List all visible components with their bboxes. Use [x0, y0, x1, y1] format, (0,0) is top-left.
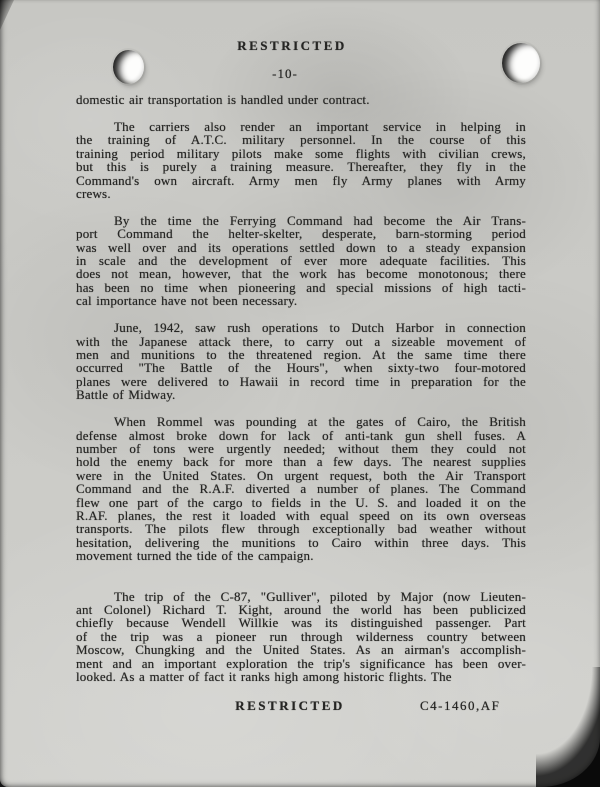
text-line: ant Colonel) Richard T. Kight, around th… — [76, 603, 526, 616]
text-line: port Command the helter-skelter, despera… — [76, 227, 526, 240]
text-line: number of tons were urgently needed; wit… — [76, 442, 526, 455]
paragraph: domestic air transportation is handled u… — [76, 93, 526, 106]
text-line: June, 1942, saw rush operations to Dutch… — [76, 321, 526, 334]
paragraph: When Rommel was pounding at the gates of… — [76, 415, 526, 562]
text-line: has been no time when pioneering and spe… — [76, 281, 526, 294]
text-line: with the Japanese attack there, to carry… — [76, 335, 526, 348]
paragraph: June, 1942, saw rush operations to Dutch… — [76, 321, 526, 401]
text-line: When Rommel was pounding at the gates of… — [76, 415, 526, 428]
text-line: was well over and its operations settled… — [76, 241, 526, 254]
text-line: domestic air transportation is handled u… — [76, 93, 526, 106]
footer-document-code: C4-1460,AF — [420, 698, 500, 714]
text-line: ment and an important exploration the tr… — [76, 657, 526, 670]
text-line: transports. The pilots flew through exce… — [76, 522, 526, 535]
text-line: of the trip was a pioneer run through wi… — [76, 630, 526, 643]
text-line: the training of A.T.C. military personne… — [76, 133, 526, 146]
scanned-page: RESTRICTED -10- domestic air transportat… — [0, 0, 600, 787]
paragraph: The carriers also render an important se… — [76, 120, 526, 200]
text-line: planes were delivered to Hawaii in recor… — [76, 375, 526, 388]
text-line: cal importance have not been necessary. — [76, 294, 526, 307]
text-body: domestic air transportation is handled u… — [76, 93, 526, 697]
text-line: Moscow, Chungking and the United States.… — [76, 643, 526, 656]
scan-edge-corner-top-left — [0, 0, 14, 30]
text-line: were in the United States. On urgent req… — [76, 469, 526, 482]
text-line: movement turned the tide of the campaign… — [76, 549, 526, 562]
paragraph: By the time the Ferrying Command had bec… — [76, 214, 526, 308]
text-line: does not mean, however, that the work ha… — [76, 267, 526, 280]
header-classification: RESTRICTED — [0, 38, 584, 54]
text-line: in scale and the development of ever mor… — [76, 254, 526, 267]
text-line: Battle of Midway. — [76, 388, 526, 401]
text-line: men and munitions to the threatened regi… — [76, 348, 526, 361]
paragraph: The trip of the C-87, "Gulliver", pilote… — [76, 590, 526, 684]
text-line: defense almost broke down for lack of an… — [76, 429, 526, 442]
text-line: but this is purely a training measure. T… — [76, 160, 526, 173]
text-line: The trip of the C-87, "Gulliver", pilote… — [76, 590, 526, 603]
page-footer: RESTRICTED C4-1460,AF — [0, 698, 600, 714]
text-line: By the time the Ferrying Command had bec… — [76, 214, 526, 227]
text-line: hesitation, delivering the munitions to … — [76, 536, 526, 549]
text-line: crews. — [76, 187, 526, 200]
text-line: flew one part of the cargo to fields in … — [76, 496, 526, 509]
text-line: looked. As a matter of fact it ranks hig… — [76, 670, 526, 683]
text-line: Command's own aircraft. Army men fly Arm… — [76, 174, 526, 187]
text-line: occurred "The Battle of the Hours", when… — [76, 361, 526, 374]
text-line: hold the enemy back for more than a few … — [76, 455, 526, 468]
text-line: R.AF. planes, the rest it loaded with eq… — [76, 509, 526, 522]
text-line: The carriers also render an important se… — [76, 120, 526, 133]
text-line: Command and the R.A.F. diverted a number… — [76, 482, 526, 495]
paper-sheet: RESTRICTED -10- domestic air transportat… — [0, 0, 600, 787]
page-number: -10- — [0, 66, 570, 82]
text-line: training period military pilots make som… — [76, 147, 526, 160]
text-line: chiefly because Wendell Willkie was its … — [76, 616, 526, 629]
scan-edge-corner-bottom-right — [536, 667, 600, 787]
